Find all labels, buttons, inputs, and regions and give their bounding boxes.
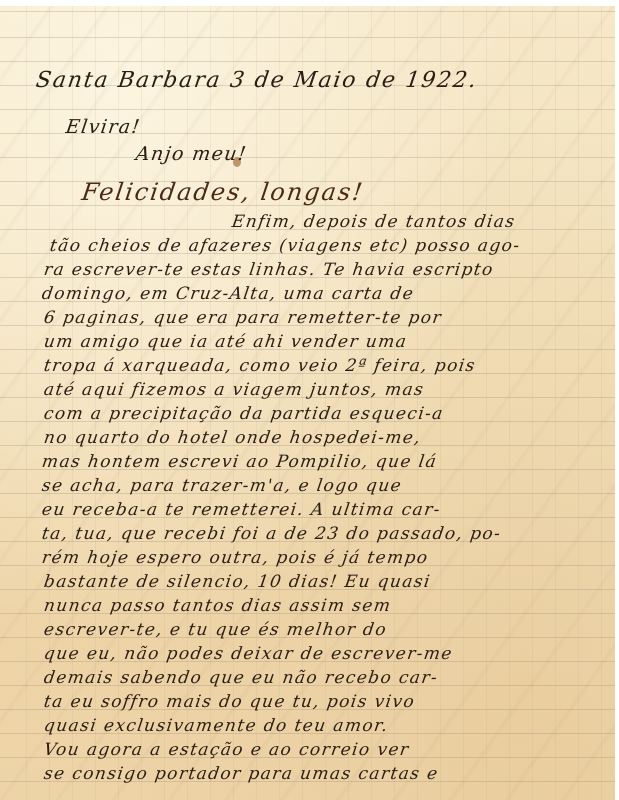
- body-line: bastante de silencio, 10 dias! Eu quasi: [43, 572, 433, 592]
- body-line: no quarto do hotel onde hospedei-me,: [43, 428, 423, 448]
- body-line: domingo, em Cruz-Alta, uma carta de: [41, 284, 416, 304]
- body-line: ta, tua, que recebi foi a de 23 do passa…: [41, 524, 503, 544]
- body-line: ta eu soffro mais do que tu, pois vivo: [43, 692, 417, 712]
- body-line: que eu, não podes deixar de escrever-me: [43, 644, 455, 664]
- body-line: Vou agora a estação e ao correio ver: [43, 740, 411, 760]
- body-line: se consigo portador para umas cartas e: [43, 764, 440, 784]
- body-line: tropa á xarqueada, como veio 2ª feira, p…: [43, 356, 478, 376]
- letter-paper: Santa Barbara 3 de Maio de 1922. Elvira!…: [0, 6, 615, 800]
- body-line: com a precipitação da partida esqueci-a: [43, 404, 446, 424]
- body-line: tão cheios de afazeres (viagens etc) pos…: [49, 236, 522, 256]
- body-line: Enfim, depois de tantos dias: [231, 212, 517, 232]
- body-line: 6 paginas, que era para remetter-te por: [43, 308, 444, 328]
- body-line: eu receba-a te remetterei. A ultima car-: [41, 500, 443, 520]
- body-line: até aqui fizemos a viagem juntos, mas: [43, 380, 426, 400]
- body-line: escrever-te, e tu que és melhor do: [43, 620, 389, 640]
- body-line: se acha, para trazer-m'a, e logo que: [41, 476, 404, 496]
- body-line: quasi exclusivamente do teu amor.: [43, 716, 390, 736]
- body-line: rém hoje espero outra, pois é já tempo: [41, 548, 430, 568]
- body-line: mas hontem escrevi ao Pompilio, que lá: [41, 452, 439, 472]
- body-line: demais sabendo que eu não recebo car-: [43, 668, 440, 688]
- salutation-name: Elvira!: [64, 116, 142, 138]
- body-line: um amigo que ia até ahi vender uma: [43, 332, 409, 352]
- greeting-felicidades: Felicidades, longas!: [80, 178, 366, 206]
- body-line: ra escrever-te estas linhas. Te havia es…: [43, 260, 495, 280]
- salutation-endearment: Anjo meu!: [134, 143, 248, 165]
- body-line: nunca passo tantos dias assim sem: [43, 596, 393, 616]
- place-date: Santa Barbara 3 de Maio de 1922.: [34, 68, 479, 93]
